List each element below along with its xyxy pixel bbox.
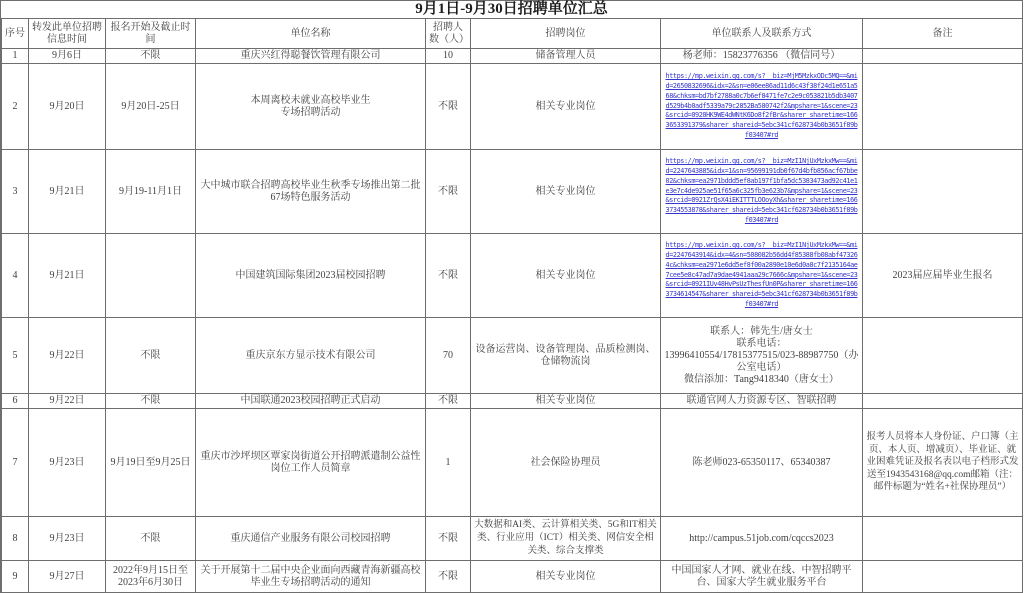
cell-remark: 报考人员将本人身份证、户口簿（主页、本人页、增减页）、毕业证、就业困难凭证及报名… xyxy=(863,409,1023,517)
cell-serial: 6 xyxy=(2,394,29,409)
cell-serial: 8 xyxy=(2,517,29,561)
cell-headcount: 70 xyxy=(426,318,471,394)
table-row: 5 9月22日 不限 重庆京东方显示技术有限公司 70 设备运营岗、设备管理岗、… xyxy=(2,318,1023,394)
cell-positions: 设备运营岗、设备管理岗、品质检测岗、仓储物流岗 xyxy=(471,318,661,394)
table-row: 4 9月21日 中国建筑国际集团2023届校园招聘 不限 相关专业岗位 http… xyxy=(2,234,1023,318)
cell-remark xyxy=(863,150,1023,234)
cell-contact: https://mp.weixin.qq.com/s?__biz=MjM5Mzk… xyxy=(661,64,863,150)
cell-contact: https://mp.weixin.qq.com/s?__biz=MzI1NjU… xyxy=(661,234,863,318)
cell-forward-date: 9月21日 xyxy=(29,150,106,234)
cell-positions: 相关专业岗位 xyxy=(471,64,661,150)
cell-unit-name: 中国联通2023校园招聘正式启动 xyxy=(196,394,426,409)
cell-contact: 陈老师023-65350117、65340387 xyxy=(661,409,863,517)
table-row: 8 9月23日 不限 重庆通信产业服务有限公司校园招聘 不限 大数据和AI类、云… xyxy=(2,517,1023,561)
cell-register-period: 不限 xyxy=(106,517,196,561)
cell-forward-date: 9月21日 xyxy=(29,234,106,318)
cell-remark xyxy=(863,49,1023,64)
table-row: 1 9月6日 不限 重庆兴红得聪餐饮管理有限公司 10 储备管理人员 杨老师：1… xyxy=(2,49,1023,64)
cell-positions: 相关专业岗位 xyxy=(471,150,661,234)
header-remark: 备注 xyxy=(863,19,1023,49)
cell-contact: 中国国家人才网、就业在线、中智招聘平台、国家大学生就业服务平台 xyxy=(661,561,863,593)
cell-register-period: 不限 xyxy=(106,318,196,394)
header-row: 序号 转发此单位招聘信息时间 报名开始及截止时间 单位名称 招聘人数（人） 招聘… xyxy=(2,19,1023,49)
table-row: 7 9月23日 9月19日至9月25日 重庆市沙坪坝区覃家岗街道公开招聘派遣制公… xyxy=(2,409,1023,517)
cell-forward-date: 9月20日 xyxy=(29,64,106,150)
cell-forward-date: 9月23日 xyxy=(29,517,106,561)
cell-forward-date: 9月22日 xyxy=(29,394,106,409)
cell-unit-name: 关于开展第十二届中央企业面向西藏青海新疆高校毕业生专场招聘活动的通知 xyxy=(196,561,426,593)
cell-headcount: 1 xyxy=(426,409,471,517)
cell-register-period: 9月20日-25日 xyxy=(106,64,196,150)
cell-register-period: 2022年9月15日至2023年6月30日 xyxy=(106,561,196,593)
cell-contact: 联系人：韩先生/唐女士 联系电话： 13996410554/1781537751… xyxy=(661,318,863,394)
cell-remark xyxy=(863,318,1023,394)
cell-serial: 4 xyxy=(2,234,29,318)
cell-headcount: 不限 xyxy=(426,150,471,234)
cell-headcount: 10 xyxy=(426,49,471,64)
cell-unit-name: 本周离校未就业高校毕业生 专场招聘活动 xyxy=(196,64,426,150)
cell-unit-name: 重庆市沙坪坝区覃家岗街道公开招聘派遣制公益性岗位工作人员简章 xyxy=(196,409,426,517)
header-headcount: 招聘人数（人） xyxy=(426,19,471,49)
cell-forward-date: 9月23日 xyxy=(29,409,106,517)
header-forward-time: 转发此单位招聘信息时间 xyxy=(29,19,106,49)
recruitment-table: 序号 转发此单位招聘信息时间 报名开始及截止时间 单位名称 招聘人数（人） 招聘… xyxy=(1,18,1023,593)
cell-register-period: 不限 xyxy=(106,49,196,64)
cell-positions: 相关专业岗位 xyxy=(471,234,661,318)
cell-remark xyxy=(863,394,1023,409)
cell-positions: 社会保险协理员 xyxy=(471,409,661,517)
cell-serial: 2 xyxy=(2,64,29,150)
page-title: 9月1日-9月30日招聘单位汇总 xyxy=(1,1,1022,18)
contact-link[interactable]: https://mp.weixin.qq.com/s?__biz=MzI1NjU… xyxy=(664,157,859,226)
cell-contact: 杨老师：15823776356 （微信同号） xyxy=(661,49,863,64)
cell-forward-date: 9月22日 xyxy=(29,318,106,394)
cell-headcount: 不限 xyxy=(426,517,471,561)
cell-headcount: 不限 xyxy=(426,561,471,593)
contact-link[interactable]: https://mp.weixin.qq.com/s?__biz=MzI1NjU… xyxy=(664,241,859,310)
header-serial: 序号 xyxy=(2,19,29,49)
contact-link[interactable]: https://mp.weixin.qq.com/s?__biz=MjM5Mzk… xyxy=(664,72,859,141)
cell-unit-name: 大中城市联合招聘高校毕业生秋季专场推出第二批67场特色服务活动 xyxy=(196,150,426,234)
cell-register-period xyxy=(106,234,196,318)
header-positions: 招聘岗位 xyxy=(471,19,661,49)
cell-serial: 1 xyxy=(2,49,29,64)
cell-contact: https://mp.weixin.qq.com/s?__biz=MzI1NjU… xyxy=(661,150,863,234)
cell-register-period: 不限 xyxy=(106,394,196,409)
cell-positions: 储备管理人员 xyxy=(471,49,661,64)
cell-remark: 2023届应届毕业生报名 xyxy=(863,234,1023,318)
header-register-period: 报名开始及截止时间 xyxy=(106,19,196,49)
cell-forward-date: 9月6日 xyxy=(29,49,106,64)
header-contact: 单位联系人及联系方式 xyxy=(661,19,863,49)
cell-headcount: 不限 xyxy=(426,394,471,409)
cell-remark xyxy=(863,561,1023,593)
table-row: 2 9月20日 9月20日-25日 本周离校未就业高校毕业生 专场招聘活动 不限… xyxy=(2,64,1023,150)
cell-serial: 9 xyxy=(2,561,29,593)
cell-serial: 3 xyxy=(2,150,29,234)
cell-register-period: 9月19日至9月25日 xyxy=(106,409,196,517)
cell-positions: 相关专业岗位 xyxy=(471,561,661,593)
table-row: 6 9月22日 不限 中国联通2023校园招聘正式启动 不限 相关专业岗位 联通… xyxy=(2,394,1023,409)
cell-contact: http://campus.51job.com/cqccs2023 xyxy=(661,517,863,561)
cell-serial: 7 xyxy=(2,409,29,517)
table-row: 3 9月21日 9月19-11月1日 大中城市联合招聘高校毕业生秋季专场推出第二… xyxy=(2,150,1023,234)
cell-contact: 联通官网人力资源专区、智联招聘 xyxy=(661,394,863,409)
cell-register-period: 9月19-11月1日 xyxy=(106,150,196,234)
cell-forward-date: 9月27日 xyxy=(29,561,106,593)
summary-sheet: 9月1日-9月30日招聘单位汇总 序号 转发此单位招聘信息时间 报名开始及截止时… xyxy=(0,0,1023,593)
cell-remark xyxy=(863,517,1023,561)
cell-remark xyxy=(863,64,1023,150)
cell-serial: 5 xyxy=(2,318,29,394)
cell-unit-name: 中国建筑国际集团2023届校园招聘 xyxy=(196,234,426,318)
cell-headcount: 不限 xyxy=(426,64,471,150)
cell-unit-name: 重庆兴红得聪餐饮管理有限公司 xyxy=(196,49,426,64)
cell-headcount: 不限 xyxy=(426,234,471,318)
cell-positions: 相关专业岗位 xyxy=(471,394,661,409)
cell-unit-name: 重庆京东方显示技术有限公司 xyxy=(196,318,426,394)
cell-positions: 大数据和AI类、云计算相关类、5G和IT相关类、行业应用（ICT）相关类、网信安… xyxy=(471,517,661,561)
table-row: 9 9月27日 2022年9月15日至2023年6月30日 关于开展第十二届中央… xyxy=(2,561,1023,593)
header-unit-name: 单位名称 xyxy=(196,19,426,49)
cell-unit-name: 重庆通信产业服务有限公司校园招聘 xyxy=(196,517,426,561)
